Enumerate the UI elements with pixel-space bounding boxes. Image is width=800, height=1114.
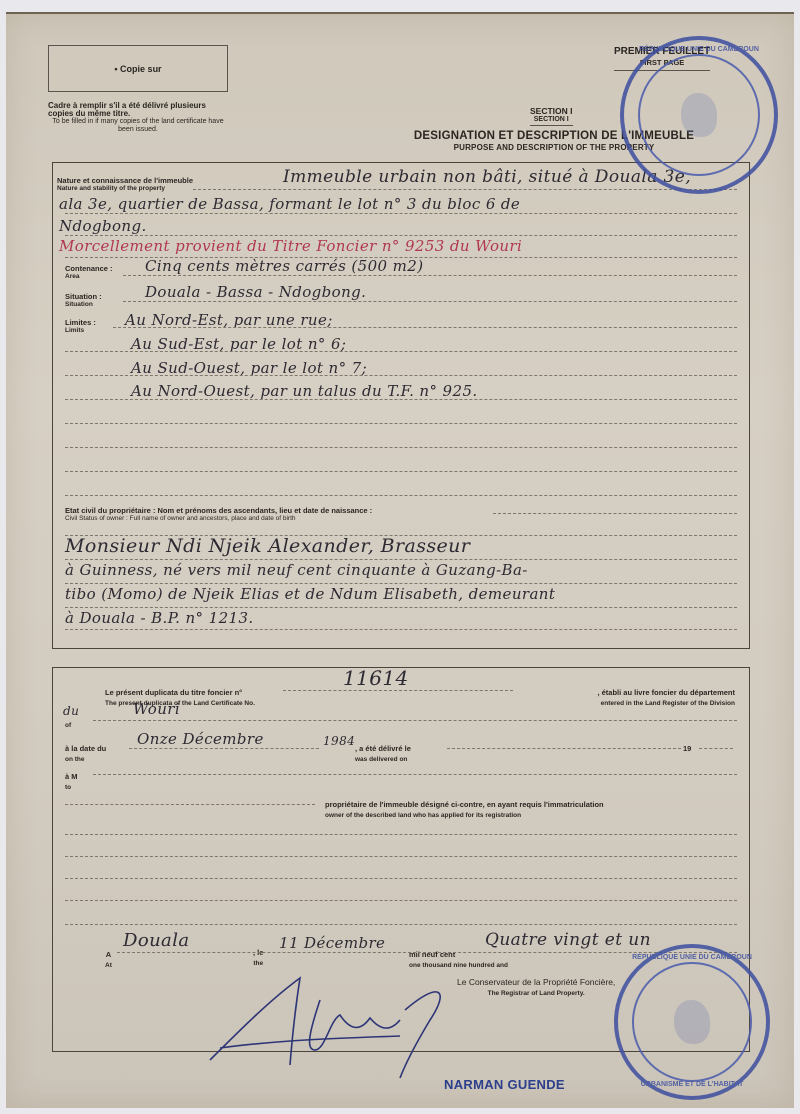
owner-line-2: à Guinness, né vers mil neuf cent cinqua…	[65, 561, 528, 579]
cadre-note: Cadre à remplir s'il a été délivré plusi…	[48, 102, 228, 134]
limit-4: Au Nord-Ouest, par un talus du T.F. n° 9…	[131, 382, 478, 400]
at-fr: A	[106, 950, 111, 959]
area-value: Cinq cents mètres carrés (500 m2)	[145, 257, 423, 275]
registrar-signature	[200, 970, 460, 1080]
section-label: SECTION I SECTION I	[530, 106, 573, 126]
at-en: At	[105, 962, 112, 969]
stamp-top-text: RÉPUBLIQUE UNIE DU CAMEROUN	[624, 46, 774, 53]
owner-clause: propriétaire de l'immeuble désigné ci-co…	[325, 794, 604, 819]
cadre-note-fr: Cadre à remplir s'il a été délivré plusi…	[48, 101, 206, 118]
date-label-en: on the	[65, 756, 106, 763]
mil-en: one thousand nine hundred and	[409, 962, 508, 969]
du-prefix: du	[63, 704, 79, 718]
red-note: Morcellement provient du Titre Foncier n…	[59, 237, 522, 255]
conservateur-en: The Registrar of Land Property.	[457, 990, 615, 997]
area-label-fr: Contenance :	[65, 264, 113, 273]
situation-value: Douala - Bassa - Ndogbong.	[145, 283, 366, 301]
signatory-name: NARMAN GUENDE	[444, 1077, 565, 1092]
conservateur-fr: Le Conservateur de la Propriété Foncière…	[457, 977, 615, 987]
copie-sur-label: • Copie sur	[114, 64, 161, 74]
situation-label-fr: Situation :	[65, 292, 102, 301]
nature-line-1: Immeuble urbain non bâti, situé à Douala…	[283, 167, 691, 187]
stamp-bottom-text: RÉPUBLIQUE UNIE DU CAMEROUN	[618, 954, 766, 961]
nature-line-3: Ndogbong.	[59, 217, 147, 235]
limits-label-en: Limits	[65, 327, 96, 335]
at-label: A At	[105, 944, 112, 969]
year-prefix: 19	[683, 744, 691, 753]
etabli-text: , établi au livre foncier du département…	[517, 682, 735, 707]
etabli-fr: , établi au livre foncier du département	[597, 688, 735, 697]
owner-line-4: à Douala - B.P. n° 1213.	[65, 609, 254, 627]
situation-label: Situation : Situation	[65, 293, 102, 309]
delivered-label: , a été délivré le was delivered on	[355, 738, 411, 763]
signing-place: Douala	[123, 930, 189, 951]
limits-label: Limites : Limits	[65, 319, 96, 335]
nature-label-en: Nature and stability of the property	[57, 185, 193, 193]
owner-clause-fr: propriétaire de l'immeuble désigné ci-co…	[325, 800, 604, 809]
limits-label-fr: Limites :	[65, 318, 96, 327]
signing-year-words: Quatre vingt et un	[485, 930, 651, 950]
emblem-head-icon	[674, 1000, 710, 1044]
etabli-en: entered in the Land Register of the Divi…	[517, 700, 735, 707]
duplicate-intro-fr: Le présent duplicata du titre foncier n°	[105, 688, 242, 697]
to-label-en: to	[65, 784, 78, 791]
delivered-en: was delivered on	[355, 756, 411, 763]
division-value: Wouri	[133, 700, 180, 718]
owner-line-1: Monsieur Ndi Njeik Alexander, Brasseur	[65, 535, 470, 557]
nature-label: Nature et connaissance de l'immeuble Nat…	[57, 177, 193, 193]
of-label: of	[65, 722, 71, 729]
date-label: à la date du on the	[65, 738, 106, 763]
nature-label-fr: Nature et connaissance de l'immeuble	[57, 176, 193, 185]
signing-day-month: 11 Décembre	[279, 934, 385, 952]
date-label-fr: à la date du	[65, 744, 106, 753]
owner-clause-en: owner of the described land who has appl…	[325, 812, 604, 819]
copie-sur-box: • Copie sur	[48, 45, 228, 92]
official-stamp-top: RÉPUBLIQUE UNIE DU CAMEROUN	[620, 36, 778, 194]
date-value: Onze Décembre	[137, 730, 264, 748]
delivered-fr: , a été délivré le	[355, 744, 411, 753]
le-label: , le the	[253, 942, 263, 967]
section-fr: SECTION I	[530, 106, 573, 116]
nature-line-2: ala 3e, quartier de Bassa, formant le lo…	[59, 195, 520, 213]
to-label: à M to	[65, 766, 78, 791]
cadre-note-en: To be filled in if many copies of the la…	[48, 118, 228, 134]
stamp-bottom-subtext: URBANISME ET DE L'HABITAT	[618, 1081, 766, 1088]
le-en: the	[253, 960, 263, 967]
owner-line-3: tibo (Momo) de Njeik Elias et de Ndum El…	[65, 585, 555, 603]
official-stamp-bottom: RÉPUBLIQUE UNIE DU CAMEROUN URBANISME ET…	[614, 944, 770, 1100]
to-label-fr: à M	[65, 772, 78, 781]
owner-label: Etat civil du propriétaire : Nom et prén…	[65, 507, 372, 523]
year-value: 1984	[323, 734, 355, 748]
owner-label-fr: Etat civil du propriétaire : Nom et prén…	[65, 506, 372, 515]
property-description-box: Nature et connaissance de l'immeuble Nat…	[52, 162, 750, 649]
conservateur-label: Le Conservateur de la Propriété Foncière…	[457, 972, 615, 997]
section-en: SECTION I	[530, 116, 573, 126]
area-label: Contenance : Area	[65, 265, 113, 281]
owner-label-en: Civil Status of owner : Full name of own…	[65, 515, 372, 523]
area-label-en: Area	[65, 273, 113, 281]
emblem-icon	[681, 93, 717, 137]
situation-label-en: Situation	[65, 301, 102, 309]
certificate-number: 11614	[343, 666, 409, 690]
